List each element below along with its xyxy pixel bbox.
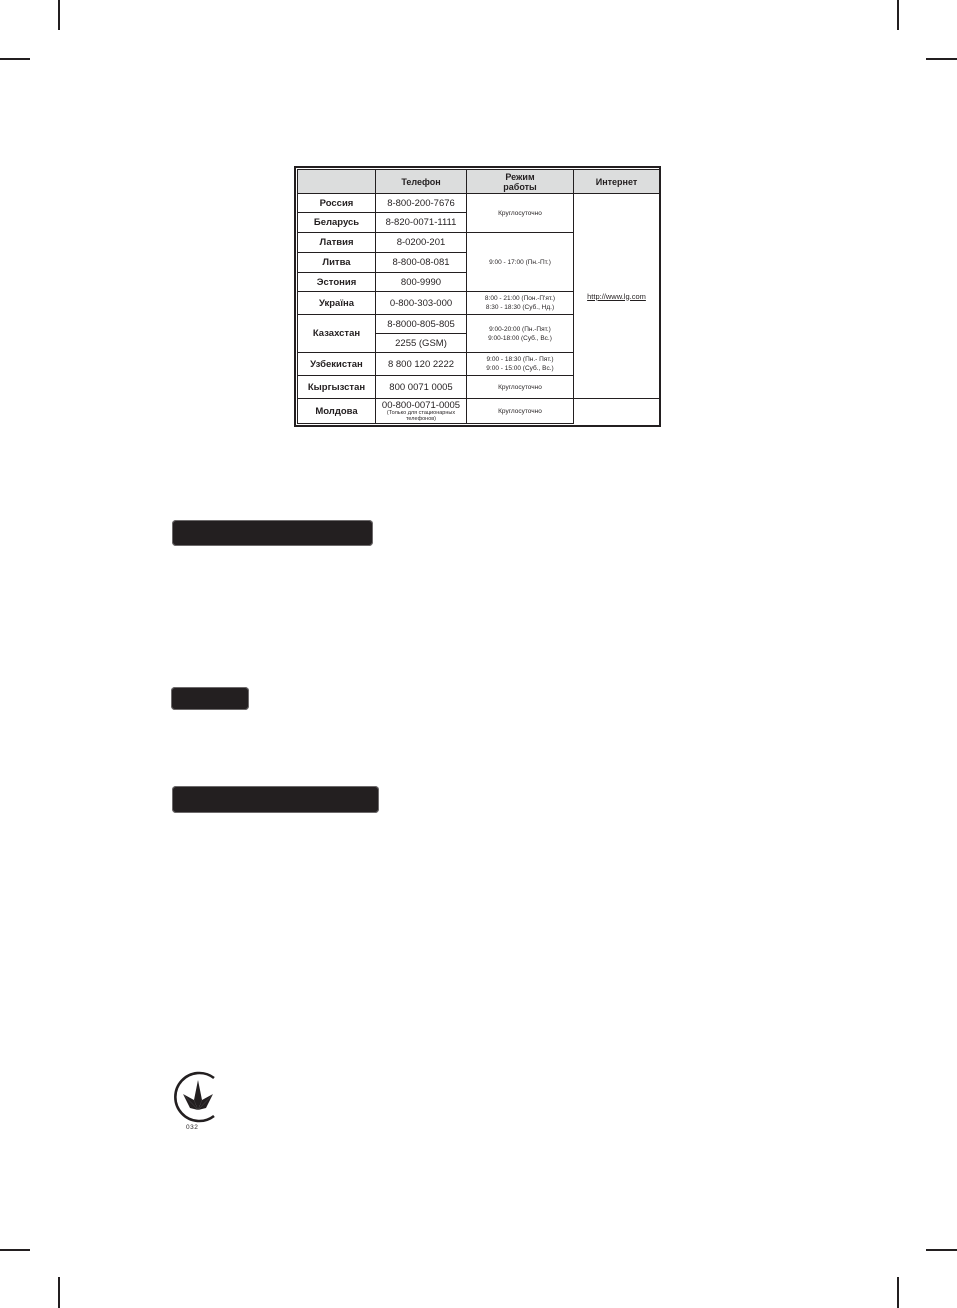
country-cell: Эстония: [298, 273, 376, 292]
table-row: Россия 8-800-200-7676 Круглосуточно http…: [298, 194, 660, 213]
crop-mark-top-left-vertical: [58, 0, 60, 30]
country-cell: Україна: [298, 292, 376, 315]
hours-line: 8:30 - 18:30 (Суб., Нд.): [467, 303, 573, 312]
crop-mark-top-right-horizontal: [926, 58, 957, 60]
crop-mark-bottom-left-vertical: [58, 1277, 60, 1308]
crop-mark-top-right-vertical: [897, 0, 899, 30]
section-label-bar-1: [172, 520, 373, 546]
hours-cell: 8:00 - 21:00 (Пон.-П'ят.) 8:30 - 18:30 (…: [467, 292, 574, 315]
country-cell: Молдова: [298, 399, 376, 424]
header-internet: Интернет: [574, 170, 660, 194]
header-hours: Режим работы: [467, 170, 574, 194]
country-cell: Россия: [298, 194, 376, 213]
phone-cell: 800 0071 0005: [376, 376, 467, 399]
country-cell: Беларусь: [298, 213, 376, 233]
phone-cell: 8-800-200-7676: [376, 194, 467, 213]
phone-cell: 2255 (GSM): [376, 334, 467, 353]
crop-mark-top-left-horizontal: [0, 58, 30, 60]
hours-cell: 9:00 - 18:30 (Пн.- Пят.) 9:00 - 15:00 (С…: [467, 353, 574, 376]
country-cell: Латвия: [298, 233, 376, 253]
section-label-bar-3: [172, 786, 379, 813]
phone-cell: 8-8000-805-805: [376, 315, 467, 334]
hours-cell: Круглосуточно: [467, 376, 574, 399]
section-label-bar-2: [171, 687, 249, 710]
phone-cell: 8-800-08-081: [376, 253, 467, 273]
phone-cell: 8-820-0071-1111: [376, 213, 467, 233]
phone-note: (Только для стационарных телефонов): [376, 410, 466, 422]
phone-number: 00-800-0071-0005: [376, 401, 466, 410]
certification-code: 032: [186, 1124, 198, 1131]
hours-line: 9:00-20:00 (Пн.-Пят.): [467, 325, 573, 334]
phone-cell: 00-800-0071-0005 (Только для стационарны…: [376, 399, 467, 424]
hours-cell: Круглосуточно: [467, 399, 574, 424]
hours-line: 9:00 - 15:00 (Суб., Вс.): [467, 364, 573, 373]
support-contacts-table: Телефон Режим работы Интернет Россия 8-8…: [297, 169, 660, 424]
phone-cell: 0-800-303-000: [376, 292, 467, 315]
hours-line: 9:00-18:00 (Суб., Вс.): [467, 334, 573, 343]
crop-mark-bottom-right-vertical: [897, 1277, 899, 1308]
phone-cell: 8 800 120 2222: [376, 353, 467, 376]
phone-cell: 800-9990: [376, 273, 467, 292]
hours-cell: Круглосуточно: [467, 194, 574, 233]
country-cell: Литва: [298, 253, 376, 273]
hours-line: 8:00 - 21:00 (Пон.-П'ят.): [467, 294, 573, 303]
header-country: [298, 170, 376, 194]
country-cell: Казахстан: [298, 315, 376, 353]
country-cell: Узбекистан: [298, 353, 376, 376]
country-cell: Кыргызстан: [298, 376, 376, 399]
internet-link[interactable]: http://www.lg.com: [574, 194, 660, 399]
table-header-row: Телефон Режим работы Интернет: [298, 170, 660, 194]
hours-cell: 9:00 - 17:00 (Пн.-Пт.): [467, 233, 574, 292]
table-row: Молдова 00-800-0071-0005 (Только для ста…: [298, 399, 660, 424]
hours-line: 9:00 - 18:30 (Пн.- Пят.): [467, 355, 573, 364]
phone-cell: 8-0200-201: [376, 233, 467, 253]
crop-mark-bottom-left-horizontal: [0, 1249, 30, 1251]
hours-cell: 9:00-20:00 (Пн.-Пят.) 9:00-18:00 (Суб., …: [467, 315, 574, 353]
crop-mark-bottom-right-horizontal: [926, 1249, 957, 1251]
header-phone: Телефон: [376, 170, 467, 194]
